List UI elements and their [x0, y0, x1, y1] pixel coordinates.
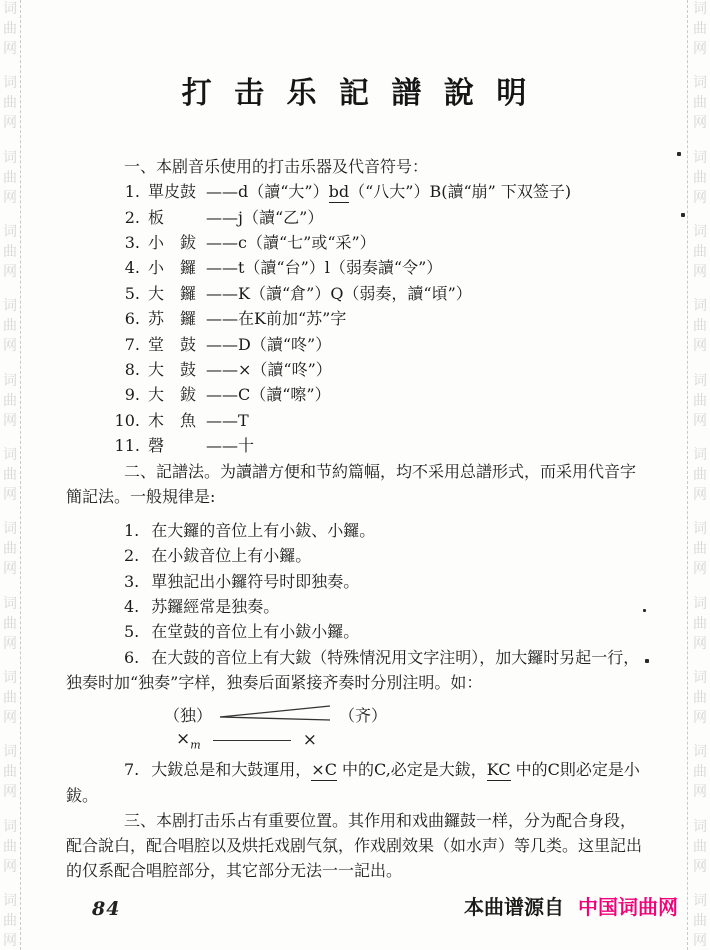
watermark-group: 词曲网: [693, 894, 707, 948]
instrument-row: 7. 堂 鼓 ——D（讀“咚”）: [66, 332, 648, 357]
rule-item: 2.在小鈸音位上有小鑼。: [66, 543, 648, 568]
instrument-row: 1. 單皮鼓 ——d（讀“大”）bd（“八大”）B(讀“崩” 下双签子): [66, 179, 648, 204]
instrument-notation: ——十: [206, 433, 648, 456]
rule-item: 1.在大鑼的音位上有小鈸、小鑼。: [66, 518, 648, 543]
watermark-group: 词曲网: [693, 151, 707, 205]
drum-symbol-left: ×m: [176, 729, 201, 751]
rule-item-7: 7.大鈸总是和大鼓運用，×C 中的C,必定是大鈸，KC 中的C則必定是小鈸。: [66, 757, 648, 808]
item-number: 10.: [66, 411, 140, 430]
watermark-group: 词曲网: [693, 299, 707, 353]
dust-speck: [677, 152, 681, 156]
watermark-group: 词曲网: [3, 671, 17, 725]
watermark-group: 词曲网: [693, 745, 707, 799]
item-number: 9.: [66, 385, 140, 404]
underlined-symbol: KC: [487, 760, 511, 781]
watermark-group: 词曲网: [693, 820, 707, 874]
rule-item: 6.在大鼓的音位上有大鈸（特殊情況用文字注明），加大鑼时另起一行，独奏时加“独奏…: [66, 645, 648, 696]
watermark-group: 词曲网: [3, 522, 17, 576]
instrument-notation: ——×（讀“咚”）: [206, 357, 648, 380]
watermark-group: 词曲网: [3, 76, 17, 130]
instrument-name: 單皮鼓: [148, 179, 206, 202]
watermark-column: 词曲网词曲网词曲网词曲网词曲网词曲网词曲网词曲网词曲网词曲网词曲网词曲网词曲网: [1, 2, 19, 948]
item-number: 1.: [66, 182, 140, 201]
instrument-row: 2. 板 ——j（讀“乙”）: [66, 205, 648, 230]
instrument-notation: ——t（讀“台”）l（弱奏讀“令”）: [206, 255, 648, 278]
instrument-row: 9. 大 鈸 ——C（讀“嚓”）: [66, 382, 648, 407]
item-number: 8.: [66, 360, 140, 379]
instrument-name: 小 鑼: [148, 255, 206, 278]
crescendo-icon: [218, 704, 333, 724]
section3-paragraph: 三、本剧打击乐占有重要位置。其作用和戏曲鑼鼓一样，分为配合身段，配合說白，配合唱…: [66, 808, 648, 884]
site-name: 中国词曲网: [578, 891, 678, 920]
document-body: 打 击 乐 記 譜 說 明 一、本剧音乐使用的打击乐器及代音符号： 1. 單皮鼓…: [66, 68, 648, 920]
instrument-row: 6. 苏 鑼 ——在K前加“苏”字: [66, 306, 648, 331]
watermark-group: 词曲网: [3, 820, 17, 874]
instrument-notation: ——在K前加“苏”字: [206, 306, 648, 329]
watermark-group: 词曲网: [693, 448, 707, 502]
item-number: 5.: [66, 284, 140, 303]
item-number: 7.: [66, 335, 140, 354]
instrument-name: 板: [148, 205, 206, 228]
instrument-name: 大 鈸: [148, 382, 206, 405]
drum-notation-example-row: ×m ×: [176, 727, 648, 753]
instrument-name: 小 鈸: [148, 230, 206, 253]
item-number: 3.: [66, 233, 140, 252]
instrument-name: 大 鑼: [148, 281, 206, 304]
drum-symbol-right: ×: [303, 730, 317, 750]
instrument-row: 3. 小 鈸 ——c（讀“七”或“采”）: [66, 230, 648, 255]
instrument-row: 4. 小 鑼 ——t（讀“台”）l（弱奏讀“令”）: [66, 255, 648, 280]
item-number: 4.: [66, 258, 140, 277]
tutti-label: （齐）: [339, 703, 387, 726]
notation-rules-list: 1.在大鑼的音位上有小鈸、小鑼。 2.在小鈸音位上有小鑼。 3.單独記出小鑼符号…: [66, 518, 648, 695]
right-dashed-border: [687, 0, 688, 950]
solo-tutti-example-diagram: （独） （齐） ×m ×: [164, 701, 648, 753]
instrument-name: 磬: [148, 433, 206, 456]
tie-line: [213, 740, 291, 741]
item-number: 2.: [66, 208, 140, 227]
source-label: 本曲谱源自: [464, 891, 564, 920]
instrument-name: 木 魚: [148, 408, 206, 431]
watermark-column: 词曲网词曲网词曲网词曲网词曲网词曲网词曲网词曲网词曲网词曲网词曲网词曲网词曲网: [691, 2, 709, 948]
instrument-name: 大 鼓: [148, 357, 206, 380]
watermark-group: 词曲网: [693, 76, 707, 130]
watermark-group: 词曲网: [693, 374, 707, 428]
item-number: 6.: [66, 309, 140, 328]
instrument-notation: ——D（讀“咚”）: [206, 332, 648, 355]
watermark-group: 词曲网: [3, 151, 17, 205]
instrument-notation: ——j（讀“乙”）: [206, 205, 648, 228]
watermark-group: 词曲网: [3, 597, 17, 651]
watermark-group: 词曲网: [693, 671, 707, 725]
underlined-symbol: bd: [329, 182, 349, 203]
instrument-name: 堂 鼓: [148, 332, 206, 355]
watermark-group: 词曲网: [3, 225, 17, 279]
instrument-notation: ——C（讀“嚓”）: [206, 382, 648, 405]
watermark-group: 词曲网: [693, 2, 707, 56]
footer-source-credit: 本曲谱源自 中国词曲网: [464, 891, 678, 920]
instrument-list: 1. 單皮鼓 ——d（讀“大”）bd（“八大”）B(讀“崩” 下双签子) 2. …: [66, 179, 648, 458]
crescendo-example-row: （独） （齐）: [164, 701, 648, 727]
watermark-group: 词曲网: [3, 448, 17, 502]
watermark-group: 词曲网: [693, 225, 707, 279]
section2-heading: 二、記譜法。为讀譜方便和节約篇幅，均不采用总譜形式，而采用代音字簡記法。一般規律…: [66, 459, 648, 510]
instrument-notation: ——c（讀“七”或“采”）: [206, 230, 648, 253]
solo-label: （独）: [164, 703, 212, 726]
instrument-row: 11. 磬 ——十: [66, 433, 648, 458]
section1-heading: 一、本剧音乐使用的打击乐器及代音符号：: [66, 154, 648, 179]
watermark-group: 词曲网: [3, 745, 17, 799]
instrument-row: 8. 大 鼓 ——×（讀“咚”）: [66, 357, 648, 382]
page-title: 打 击 乐 記 譜 說 明: [66, 68, 648, 112]
watermark-group: 词曲网: [3, 894, 17, 948]
scanned-document-page: 词曲网词曲网词曲网词曲网词曲网词曲网词曲网词曲网词曲网词曲网词曲网词曲网词曲网 …: [0, 0, 710, 950]
underlined-symbol: ×C: [311, 760, 337, 781]
watermark-group: 词曲网: [3, 299, 17, 353]
rule-item: 4.苏鑼經常是独奏。: [66, 594, 648, 619]
instrument-row: 10. 木 魚 ——T: [66, 408, 648, 433]
watermark-group: 词曲网: [3, 374, 17, 428]
watermark-group: 词曲网: [693, 522, 707, 576]
instrument-row: 5. 大 鑼 ——K（讀“倉”）Q（弱奏，讀“頃”）: [66, 281, 648, 306]
dust-speck: [681, 213, 685, 217]
watermark-group: 词曲网: [693, 597, 707, 651]
rule-item: 3.單独記出小鑼符号时即独奏。: [66, 569, 648, 594]
left-dashed-border: [20, 0, 21, 950]
subscript-m: m: [190, 738, 200, 751]
instrument-notation: ——d（讀“大”）bd（“八大”）B(讀“崩” 下双签子): [206, 179, 648, 202]
instrument-notation: ——K（讀“倉”）Q（弱奏，讀“頃”）: [206, 281, 648, 304]
item-number: 11.: [66, 436, 140, 455]
watermark-group: 词曲网: [3, 2, 17, 56]
rule-item: 5.在堂鼓的音位上有小鈸小鑼。: [66, 619, 648, 644]
instrument-name: 苏 鑼: [148, 306, 206, 329]
instrument-notation: ——T: [206, 411, 648, 430]
